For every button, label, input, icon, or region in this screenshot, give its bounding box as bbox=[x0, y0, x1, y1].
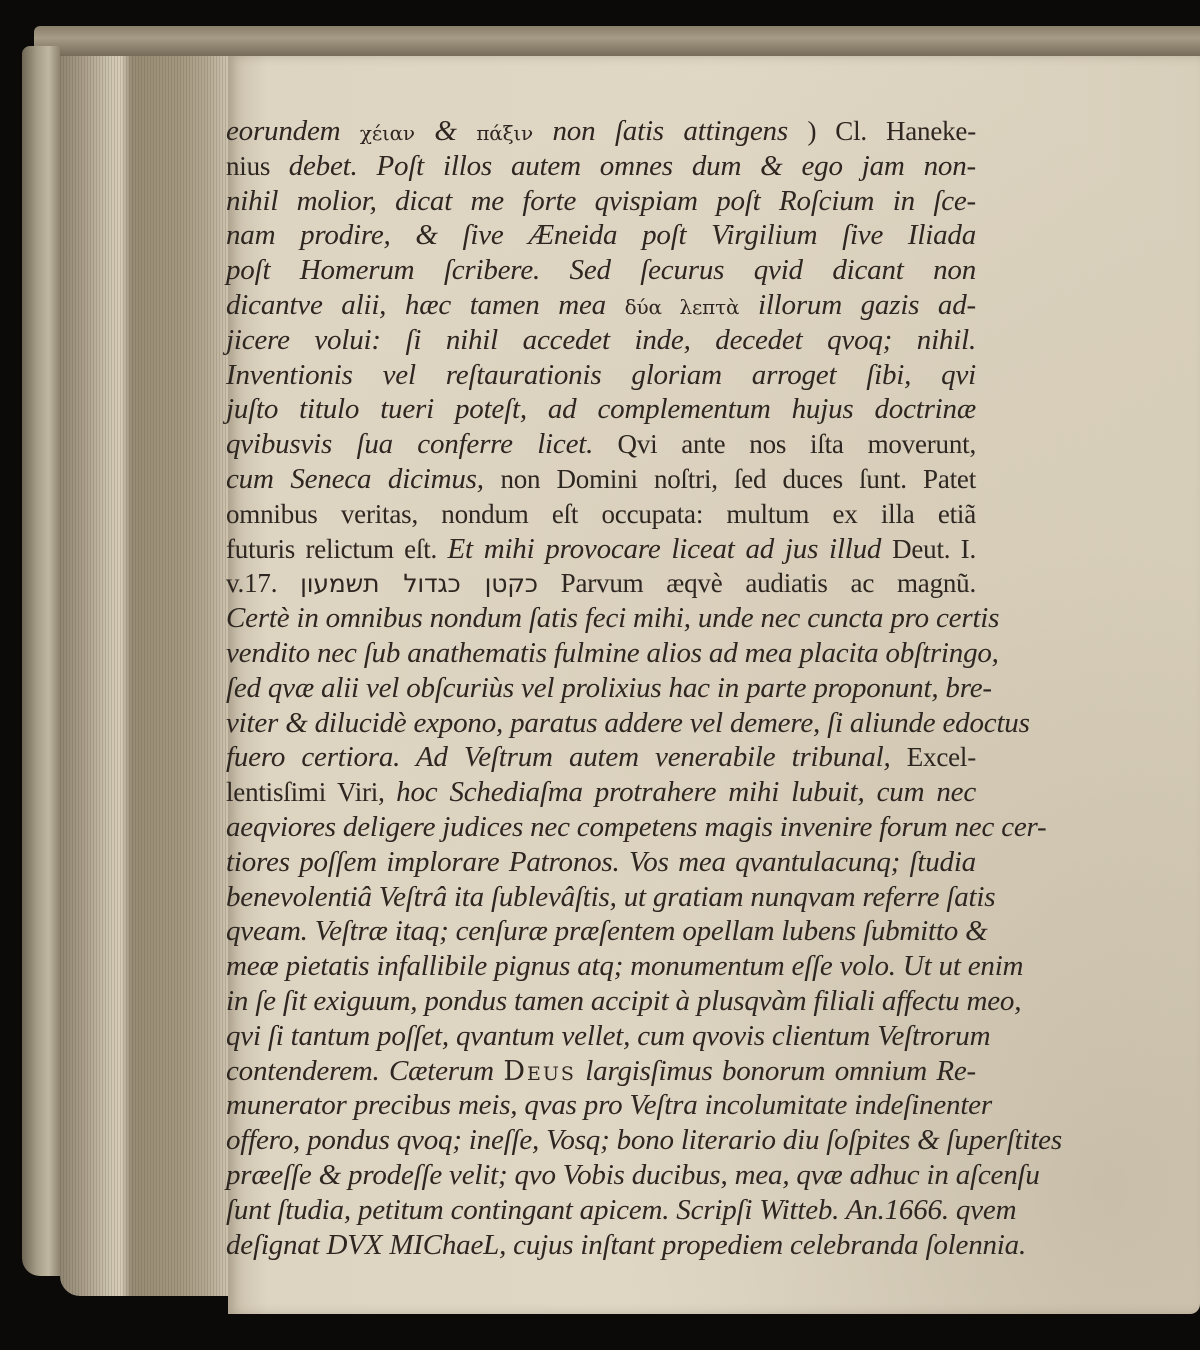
text-span: qvibusvis ſua conferre licet. bbox=[226, 428, 618, 460]
text-span: futuris relictum eſt. bbox=[226, 534, 447, 564]
text-span: ſed qvæ alii vel obſcuriùs vel prolixius… bbox=[226, 672, 992, 704]
text-span: Excel- bbox=[907, 742, 976, 772]
text-span: hoc Schediaſma protrahere mihi lubuit, c… bbox=[396, 776, 976, 808]
text-span: v.17. bbox=[226, 568, 300, 598]
text-span: munerator precibus meis, qvas pro Veſtra… bbox=[226, 1089, 992, 1121]
text-span: contenderem. Cæterum bbox=[226, 1055, 503, 1087]
text-span: largisſimus bonorum omnium Re- bbox=[576, 1055, 976, 1087]
text-span: debet. Poſt illos autem omnes dum & ego … bbox=[289, 150, 976, 182]
text-span: Parvum æqvè audiatis ac magnũ. bbox=[538, 568, 976, 598]
text-span: meæ pietatis infallibile pignus atq; mon… bbox=[226, 950, 1023, 982]
text-span: tiores poſſem implorare Patronos. Vos me… bbox=[226, 846, 976, 878]
hebrew-text: כקטן כגדול תשמעון bbox=[300, 569, 538, 598]
text-span: vendito nec ſub anathematis fulmine alio… bbox=[226, 637, 999, 669]
greek-text: πάξιν bbox=[476, 121, 533, 145]
text-span: dicantve alii, hæc tamen mea bbox=[226, 289, 625, 321]
text-span: omnibus veritas, nondum eſt occupata: mu… bbox=[226, 499, 976, 529]
text-span: in ſe ſit exiguum, pondus tamen accipit … bbox=[226, 985, 1021, 1017]
text-span: viter & dilucidè expono, paratus addere … bbox=[226, 707, 1030, 739]
text-span: non ſatis attingens bbox=[533, 115, 807, 147]
text-span: Qvi ante nos iſta moverunt, bbox=[618, 429, 976, 459]
text-span: ) Cl. Haneke- bbox=[807, 116, 976, 146]
text-span: Inventionis vel reſtaurationis gloriam a… bbox=[226, 359, 976, 391]
text-span: Certè in omnibus nondum ſatis feci mihi,… bbox=[226, 602, 999, 634]
text-line: deſignat DVX MIChaeL, cujus inſtant prop… bbox=[226, 1225, 976, 1265]
text-span: poſt Homerum ſcribere. Sed ſecurus qvid … bbox=[226, 254, 976, 286]
text-span: cum Seneca dicimus, bbox=[226, 463, 500, 495]
text-span: jicere volui: ſi nihil accedet inde, dec… bbox=[226, 324, 976, 356]
text-span: ſunt ſtudia, petitum contingant apicem. … bbox=[226, 1194, 1016, 1226]
text-span: qveam. Veſtræ itaq; cenſuræ præſentem op… bbox=[226, 915, 987, 947]
text-span: offero, pondus qvoq; ineſſe, Vosq; bono … bbox=[226, 1124, 1062, 1156]
page-stack-edge bbox=[60, 56, 230, 1296]
text-span: eorundem bbox=[226, 115, 360, 147]
text-span: nam prodire, & ſive Æneida poſt Virgiliu… bbox=[226, 219, 976, 251]
text-span: & bbox=[415, 115, 476, 147]
book-cover-spine-edge bbox=[22, 46, 60, 1276]
text-span: deſignat DVX MIChaeL, cujus inſtant prop… bbox=[226, 1229, 1026, 1261]
text-span: benevolentiâ Veſtrâ ita ſublevâſtis, ut … bbox=[226, 881, 995, 913]
text-span: aeqviores deligere judices nec competens… bbox=[226, 811, 1047, 843]
text-span: nius bbox=[226, 151, 289, 181]
text-span: lentisſimi Viri, bbox=[226, 777, 396, 807]
text-span: Deus bbox=[503, 1056, 576, 1087]
book-cover-top-edge bbox=[34, 26, 1200, 56]
text-span: qvi ſi tantum poſſet, qvantum vellet, cu… bbox=[226, 1020, 990, 1052]
text-span: præeſſe & prodeſſe velit; qvo Vobis duci… bbox=[226, 1159, 1040, 1191]
text-span: illorum gazis ad- bbox=[739, 289, 976, 321]
text-span: fuero certiora. Ad Veſtrum autem venerab… bbox=[226, 741, 907, 773]
text-span: Deut. I. bbox=[892, 534, 976, 564]
greek-text: δύα λεπτὰ bbox=[625, 295, 740, 319]
text-span: non Domini noſtri, ſed duces ſunt. Patet bbox=[500, 464, 976, 494]
greek-text: χέιαν bbox=[360, 121, 415, 145]
text-span: Et mihi provocare liceat ad jus illud bbox=[447, 533, 892, 565]
text-span: juſto titulo tueri poteſt, ad complement… bbox=[226, 393, 976, 425]
text-span: nihil molior, dicat me forte qvispiam po… bbox=[226, 185, 976, 217]
